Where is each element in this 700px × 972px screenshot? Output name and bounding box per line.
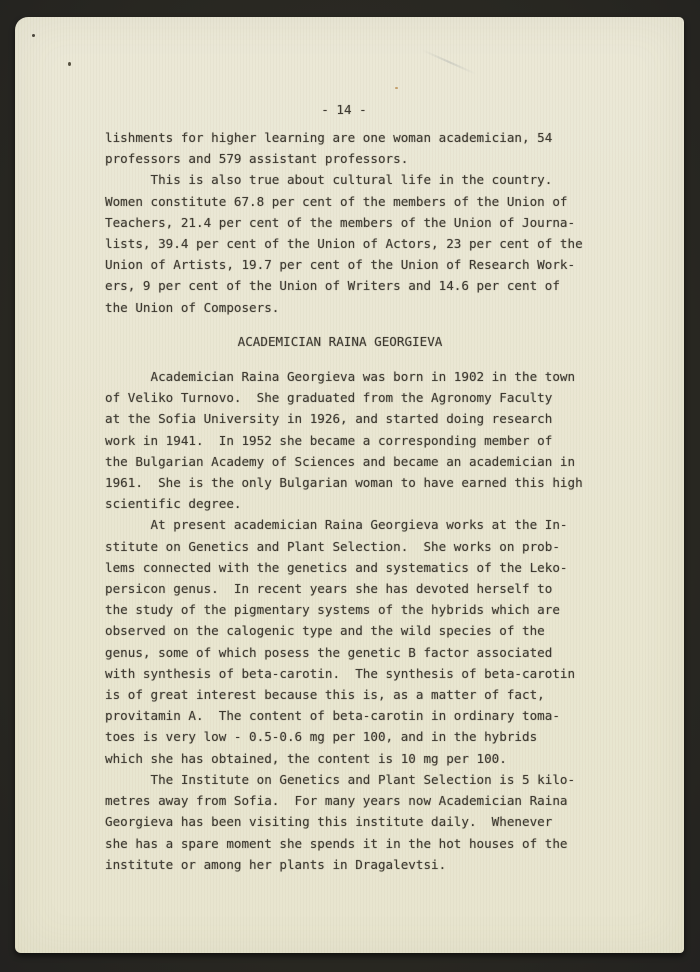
text-line: the study of the pigmentary systems of t… xyxy=(105,599,615,620)
text-line: with synthesis of beta-carotin. The synt… xyxy=(105,663,615,684)
text-line: lishments for higher learning are one wo… xyxy=(105,127,615,148)
text-line: of Veliko Turnovo. She graduated from th… xyxy=(105,387,615,408)
text-line: the Bulgarian Academy of Sciences and be… xyxy=(105,451,615,472)
text-line: Union of Artists, 19.7 per cent of the U… xyxy=(105,254,615,275)
text-line: persicon genus. In recent years she has … xyxy=(105,578,615,599)
text-line: lems connected with the genetics and sys… xyxy=(105,557,615,578)
text-line: work in 1941. In 1952 she became a corre… xyxy=(105,430,615,451)
document-body: lishments for higher learning are one wo… xyxy=(105,127,615,875)
text-line: observed on the calogenic type and the w… xyxy=(105,620,615,641)
text-line: provitamin A. The content of beta-caroti… xyxy=(105,705,615,726)
text-line: 1961. She is the only Bulgarian woman to… xyxy=(105,472,615,493)
text-line: ers, 9 per cent of the Union of Writers … xyxy=(105,275,615,296)
paper-sheet: - 14 - lishments for higher learning are… xyxy=(15,17,684,953)
text-line: is of great interest because this is, as… xyxy=(105,684,615,705)
text-line: The Institute on Genetics and Plant Sele… xyxy=(105,769,615,790)
text-line: At present academician Raina Georgieva w… xyxy=(105,514,615,535)
text-line: metres away from Sofia. For many years n… xyxy=(105,790,615,811)
text-line: institute or among her plants in Dragale… xyxy=(105,854,615,875)
text-line: Teachers, 21.4 per cent of the members o… xyxy=(105,212,615,233)
scan-background: - 14 - lishments for higher learning are… xyxy=(0,0,700,972)
text-line: professors and 579 assistant professors. xyxy=(105,148,615,169)
text-line: stitute on Genetics and Plant Selection.… xyxy=(105,536,615,557)
page-number: - 14 - xyxy=(105,99,583,120)
text-line: Women constitute 67.8 per cent of the me… xyxy=(105,191,615,212)
text-line: Academician Raina Georgieva was born in … xyxy=(105,366,615,387)
text-line: which she has obtained, the content is 1… xyxy=(105,748,615,769)
text-line: lists, 39.4 per cent of the Union of Act… xyxy=(105,233,615,254)
text-line: Georgieva has been visiting this institu… xyxy=(105,811,615,832)
text-line: toes is very low - 0.5-0.6 mg per 100, a… xyxy=(105,726,615,747)
paper-crease xyxy=(422,49,476,74)
section-heading: ACADEMICIAN RAINA GEORGIEVA xyxy=(105,331,575,352)
text-line: genus, some of which posess the genetic … xyxy=(105,642,615,663)
paper-speck xyxy=(68,62,71,66)
paper-speck xyxy=(32,34,35,37)
text-line: This is also true about cultural life in… xyxy=(105,169,615,190)
text-line: she has a spare moment she spends it in … xyxy=(105,833,615,854)
text-line: the Union of Composers. xyxy=(105,297,615,318)
text-line: scientific degree. xyxy=(105,493,615,514)
paper-speck xyxy=(395,87,398,89)
text-line: at the Sofia University in 1926, and sta… xyxy=(105,408,615,429)
